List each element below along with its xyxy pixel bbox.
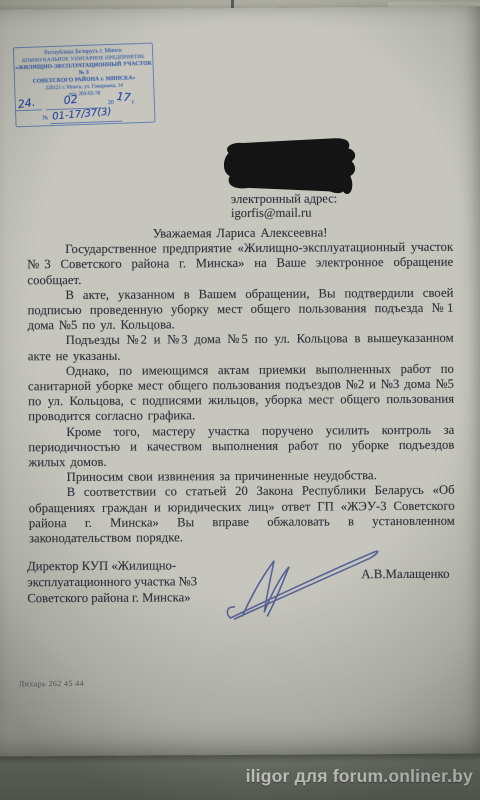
stamp-number-label: № (42, 115, 48, 121)
executor-contact: Лихарь 262 45 44 (19, 679, 84, 688)
stamp-year-suffix: г. (132, 99, 135, 105)
organization-stamp: Республика Беларусь г. Минск КОММУНАЛЬНО… (13, 43, 156, 128)
signature-scribble (224, 545, 386, 626)
forum-watermark: iligor для forum.onliner.by (246, 766, 473, 787)
signer-name: А.В.Малащенко (361, 567, 449, 583)
handwritten-date-month: 02 (63, 93, 78, 107)
recipient-email-block: электронный адрес: igorfis@mail.ru (231, 192, 338, 220)
paragraph: Подъезды №2 и №3 дома №5 по ул. Кольцова… (28, 331, 454, 364)
email-label: электронный адрес: (231, 192, 337, 206)
paragraph: В соответствии со статьей 20 Закона Респ… (29, 483, 455, 546)
stamp-year-prefix: 20 (108, 100, 114, 106)
photographed-letter: Республика Беларусь г. Минск КОММУНАЛЬНО… (0, 0, 480, 800)
redaction-mark (219, 136, 367, 199)
letter-paper: Республика Беларусь г. Минск КОММУНАЛЬНО… (0, 6, 480, 756)
handwritten-outgoing-number: 01-17/37(3) (52, 106, 112, 122)
handwritten-date-year: 17 (116, 90, 131, 104)
email-address: igorfis@mail.ru (231, 206, 337, 220)
letter-body: Уважаемая Лариса Алексеевна! Государстве… (27, 225, 455, 547)
paragraph: Государственное предприятие «Жилищно-экс… (27, 240, 453, 288)
paragraph: В акте, указанном в Вашем обращении, Вы … (27, 285, 453, 333)
paragraph: Кроме того, мастеру участка поручено уси… (28, 422, 454, 470)
paper-edge-mark (231, 0, 234, 8)
stamp-number-row: № 01-17/37(3) (16, 107, 154, 128)
paragraph: Однако, по имеющимся актам приемки выпол… (28, 362, 454, 425)
